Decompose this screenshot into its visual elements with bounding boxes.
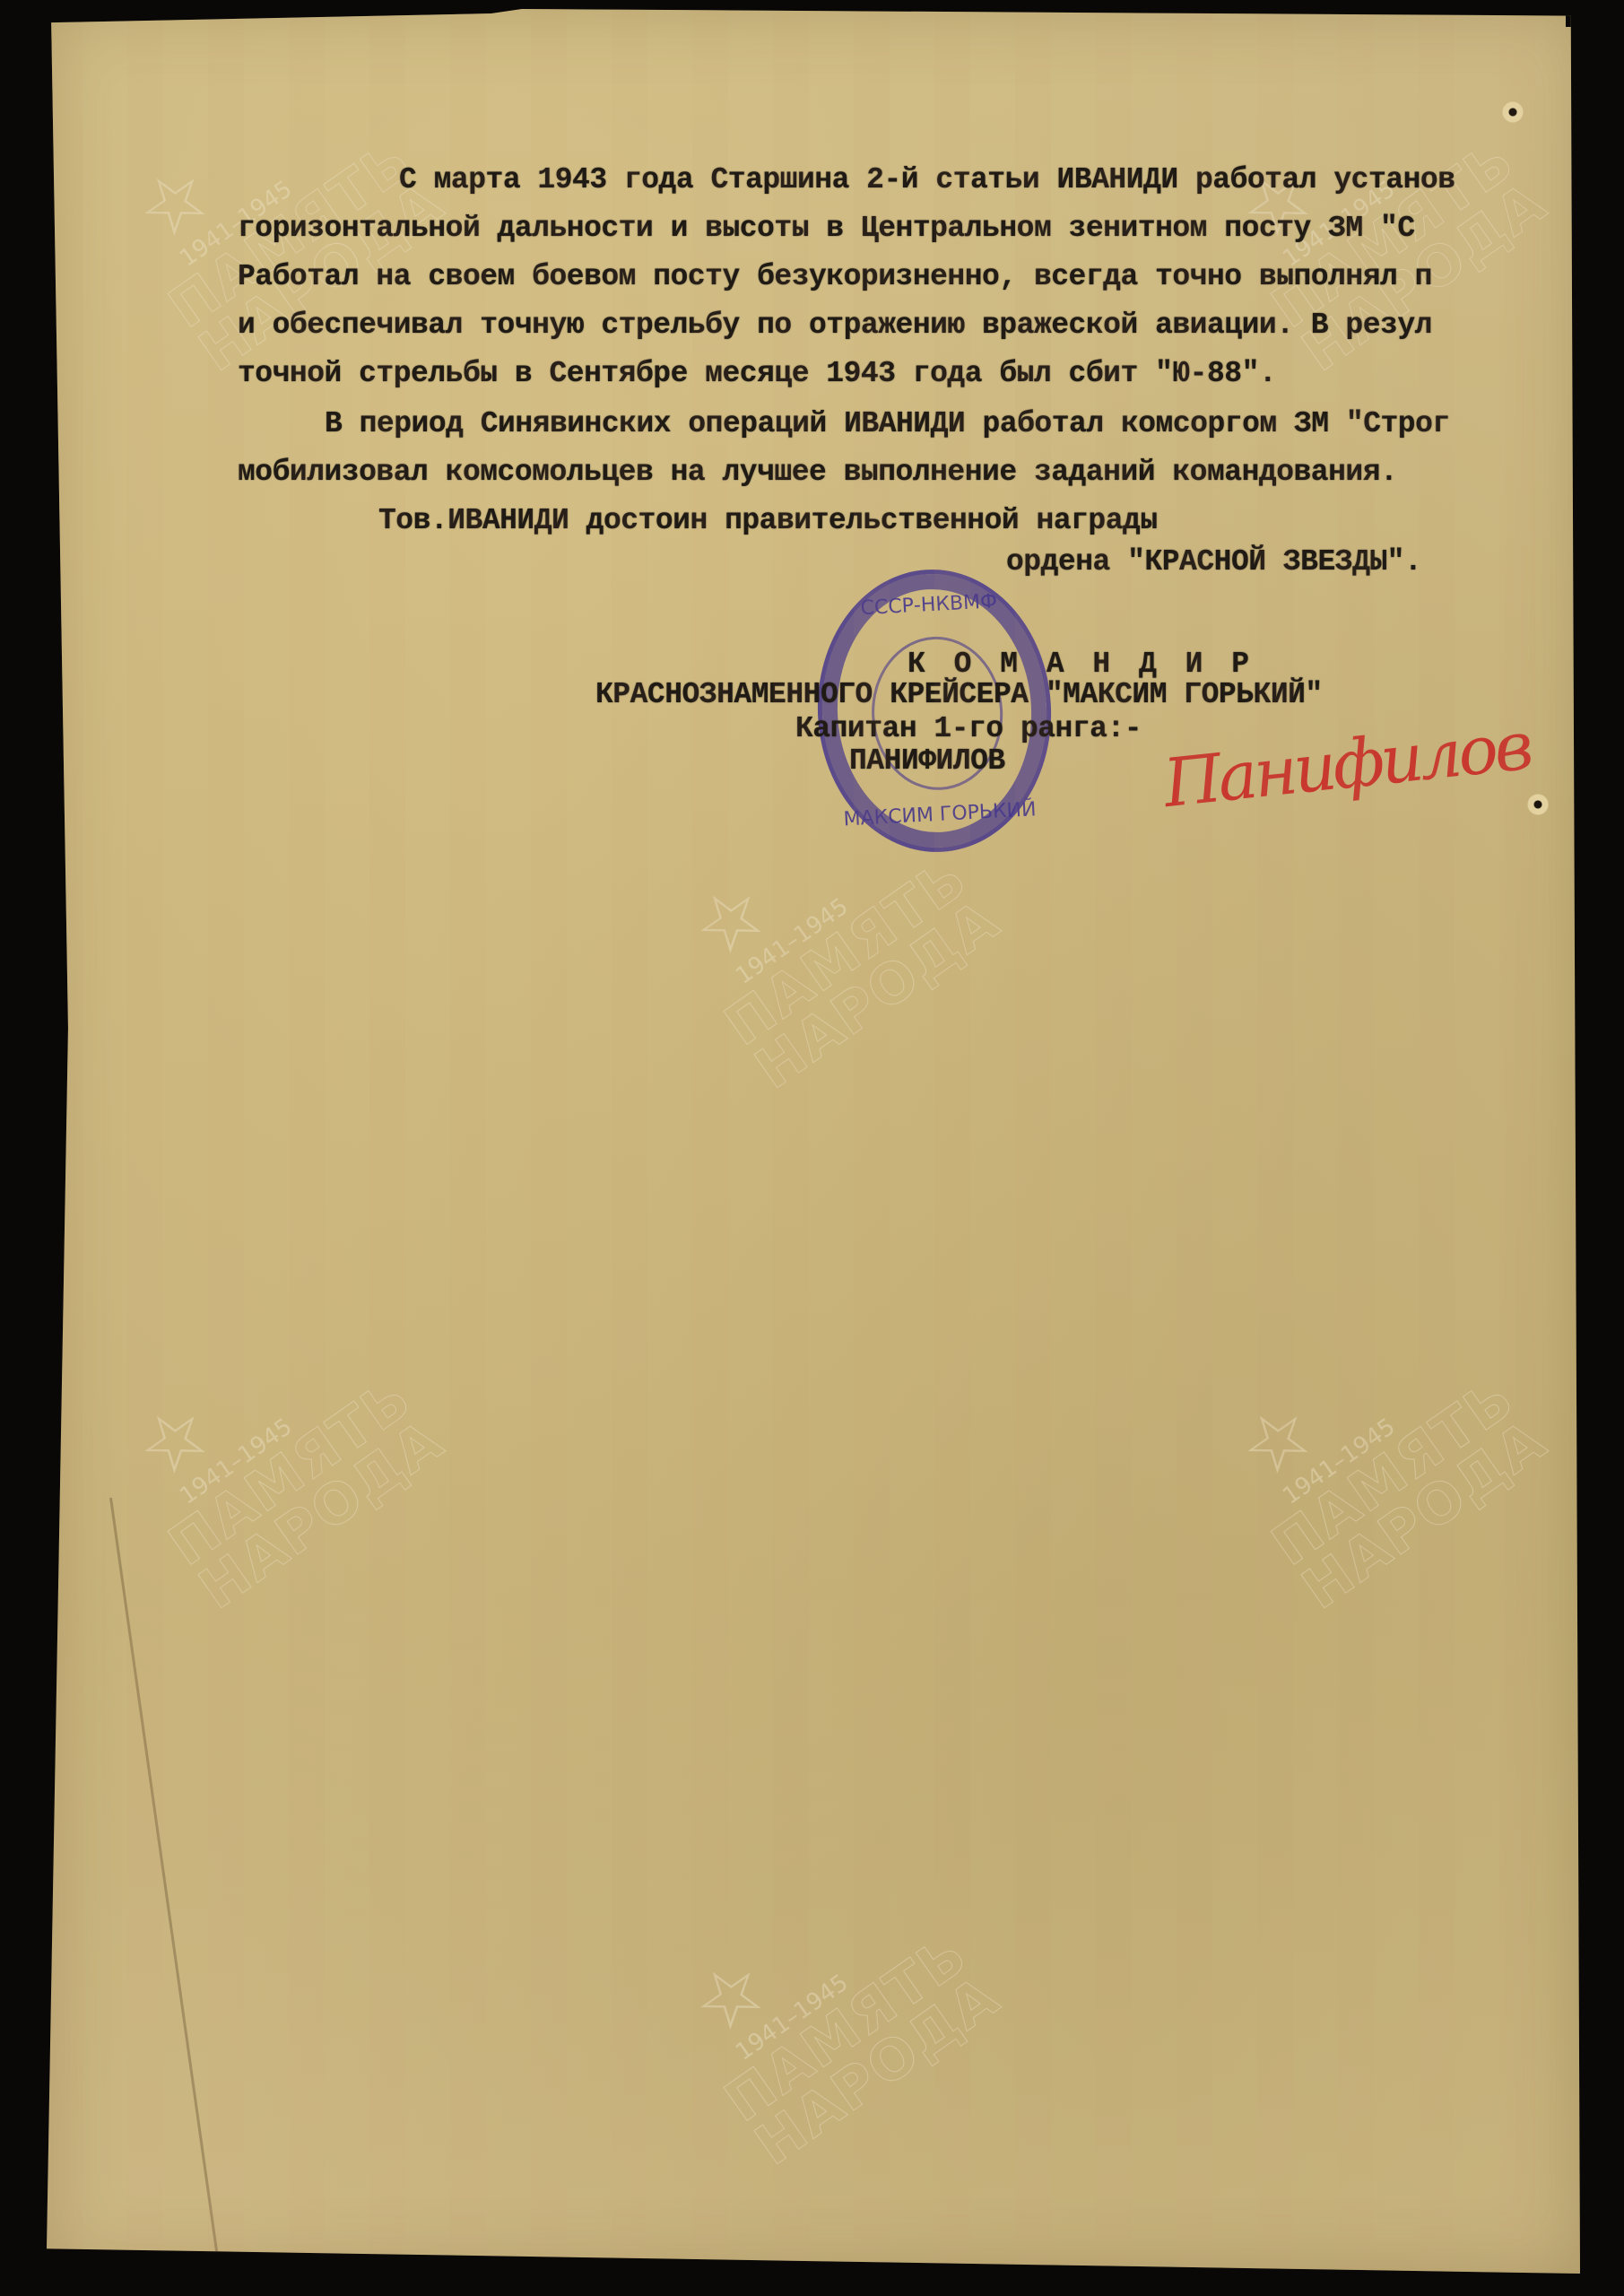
text-line: мобилизовал комсомольцев на лучшее выпол… [238, 456, 1397, 489]
document-page: ☆ 1941–1945 ПАМЯТЬ НАРОДА ☆ 1941–1945 ПА… [47, 9, 1580, 2274]
text-line: точной стрельбы в Сентябре месяце 1943 г… [238, 357, 1276, 390]
typed-text: С марта 1943 года Старшина 2-й статьи ИВ… [47, 9, 1580, 2274]
text-line: и обеспечивал точную стрельбу по отражен… [238, 309, 1432, 342]
text-line: С марта 1943 года Старшина 2-й статьи ИВ… [399, 163, 1455, 196]
signature-name: ПАНИФИЛОВ [849, 744, 1005, 778]
text-line: горизонтальной дальности и высоты в Цент… [238, 212, 1415, 245]
signature-rank: Капитан 1-го ранга:- [795, 712, 1142, 745]
signature-title: К О М А Н Д И Р [908, 648, 1255, 681]
signature-unit: КРАСНОЗНАМЕННОГО КРЕЙСЕРА "МАКСИМ ГОРЬКИ… [595, 678, 1323, 711]
text-line: В период Синявинских операций ИВАНИДИ ра… [325, 407, 1450, 440]
text-line: ордена "КРАСНОЙ ЗВЕЗДЫ". [1006, 545, 1421, 578]
text-line: Работал на своем боевом посту безукоризн… [238, 260, 1432, 293]
text-line: Тов.ИВАНИДИ достоин правительственной на… [378, 504, 1158, 537]
